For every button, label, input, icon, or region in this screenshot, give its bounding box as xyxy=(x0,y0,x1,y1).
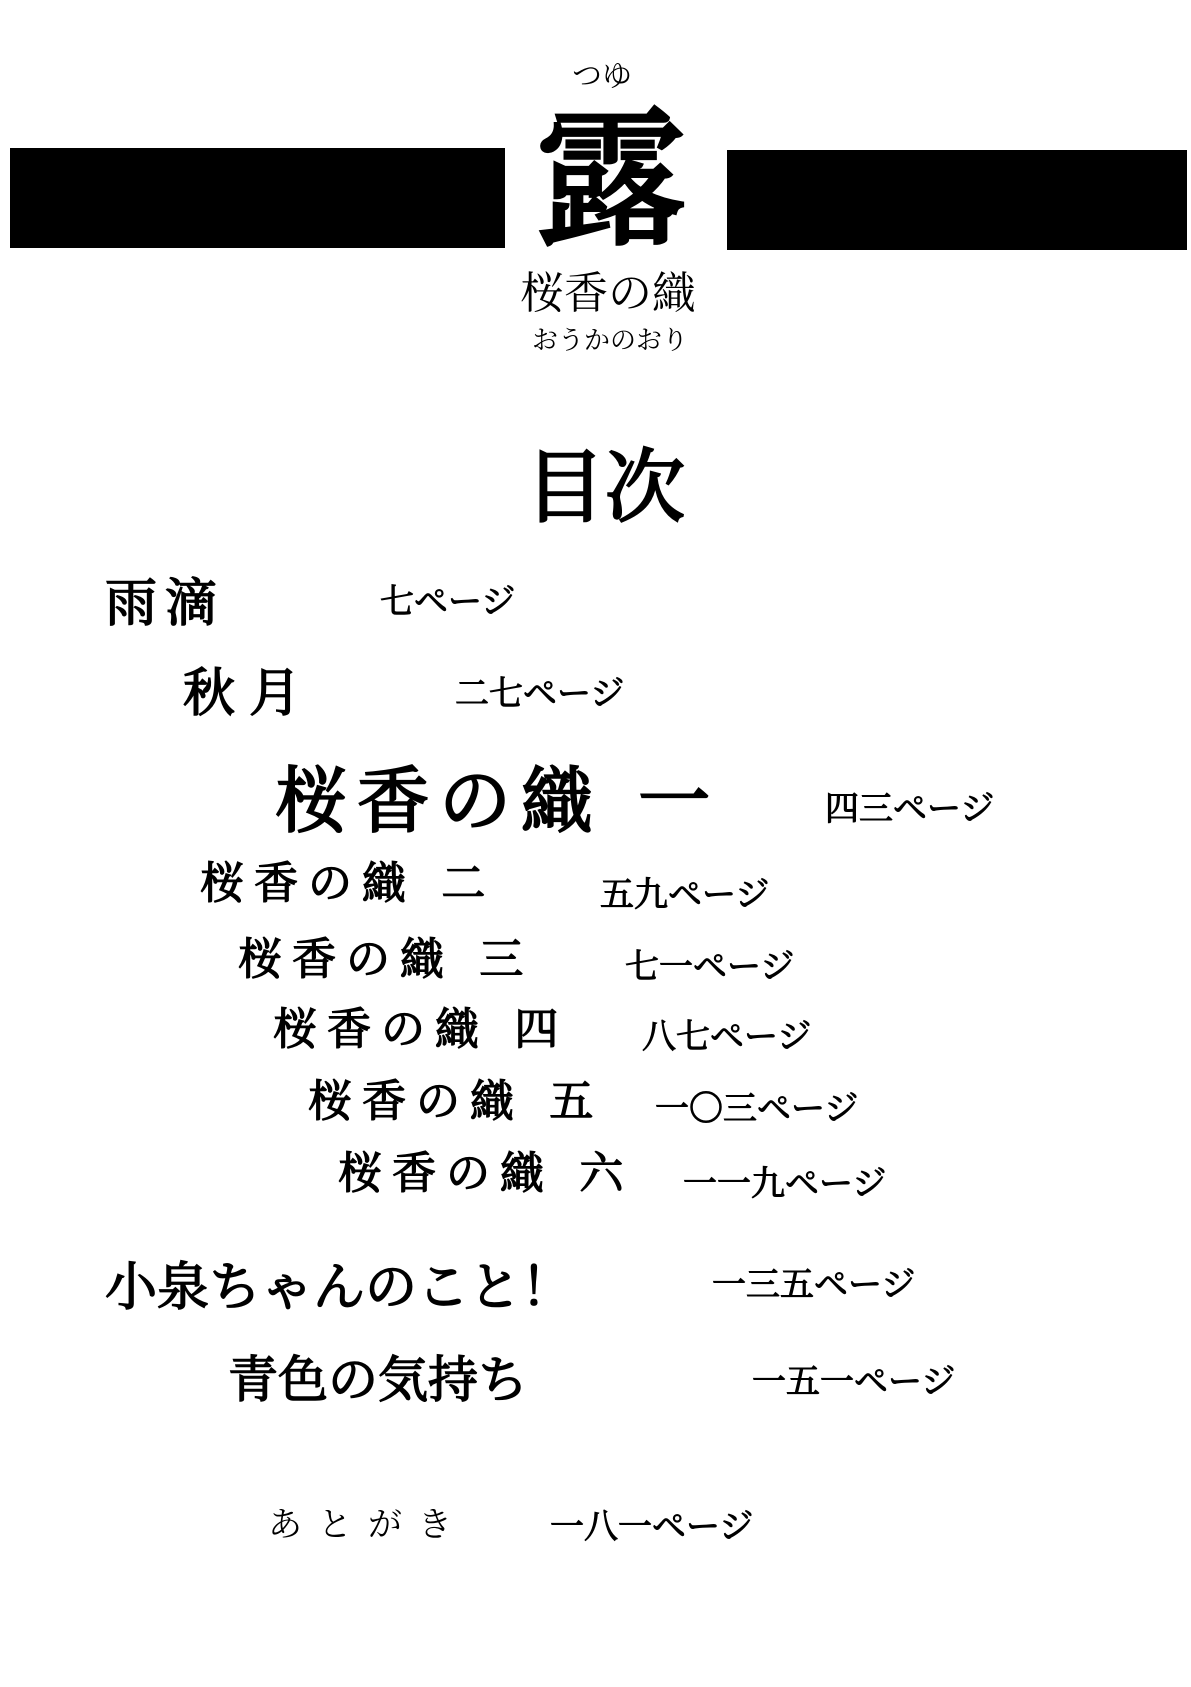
toc-entry-page: 四三ページ xyxy=(825,792,994,826)
toc-entry-title: 桜香の織 一 xyxy=(275,765,720,837)
toc-entry-title: 桜香の織 六 xyxy=(338,1152,633,1196)
toc-entry-title: 小泉ちゃんのこと！ xyxy=(105,1262,573,1314)
header-bar-right xyxy=(727,150,1187,250)
toc-entry-page: 一一九ページ xyxy=(683,1167,886,1201)
toc-entry-title: 青色の気持ち xyxy=(228,1355,528,1405)
subtitle-reading: おうかのおり xyxy=(532,328,688,354)
subtitle: 桜香の織 xyxy=(520,272,696,316)
toc-title: 目次 xyxy=(525,448,685,528)
title-furigana: つゆ xyxy=(572,62,632,92)
toc-entry-page: 一五一ページ xyxy=(752,1365,955,1399)
toc-entry-title: 桜香の織 五 xyxy=(308,1080,603,1124)
toc-entry-page: 一〇三ページ xyxy=(655,1092,858,1126)
toc-entry-page: 一三五ページ xyxy=(712,1268,915,1302)
toc-entry-page: 八七ページ xyxy=(642,1020,811,1054)
header-bar-left xyxy=(10,148,505,248)
toc-entry-page: 二七ページ xyxy=(455,677,624,711)
toc-entry-title: 秋月 xyxy=(183,668,315,720)
toc-entry-title: 桜香の織 二 xyxy=(200,862,495,906)
toc-entry-page: 五九ページ xyxy=(600,878,769,912)
toc-entry-page: 一八一ページ xyxy=(550,1510,753,1544)
title-kanji: 露 xyxy=(536,105,686,255)
toc-entry-page: 七ページ xyxy=(380,585,515,619)
toc-entry-title: 雨滴 xyxy=(105,578,225,630)
toc-entry-title: あとがき xyxy=(268,1508,468,1542)
toc-entry-title: 桜香の織 四 xyxy=(273,1008,568,1052)
toc-entry-title: 桜香の織 三 xyxy=(238,938,533,982)
toc-entry-page: 七一ページ xyxy=(625,950,794,984)
